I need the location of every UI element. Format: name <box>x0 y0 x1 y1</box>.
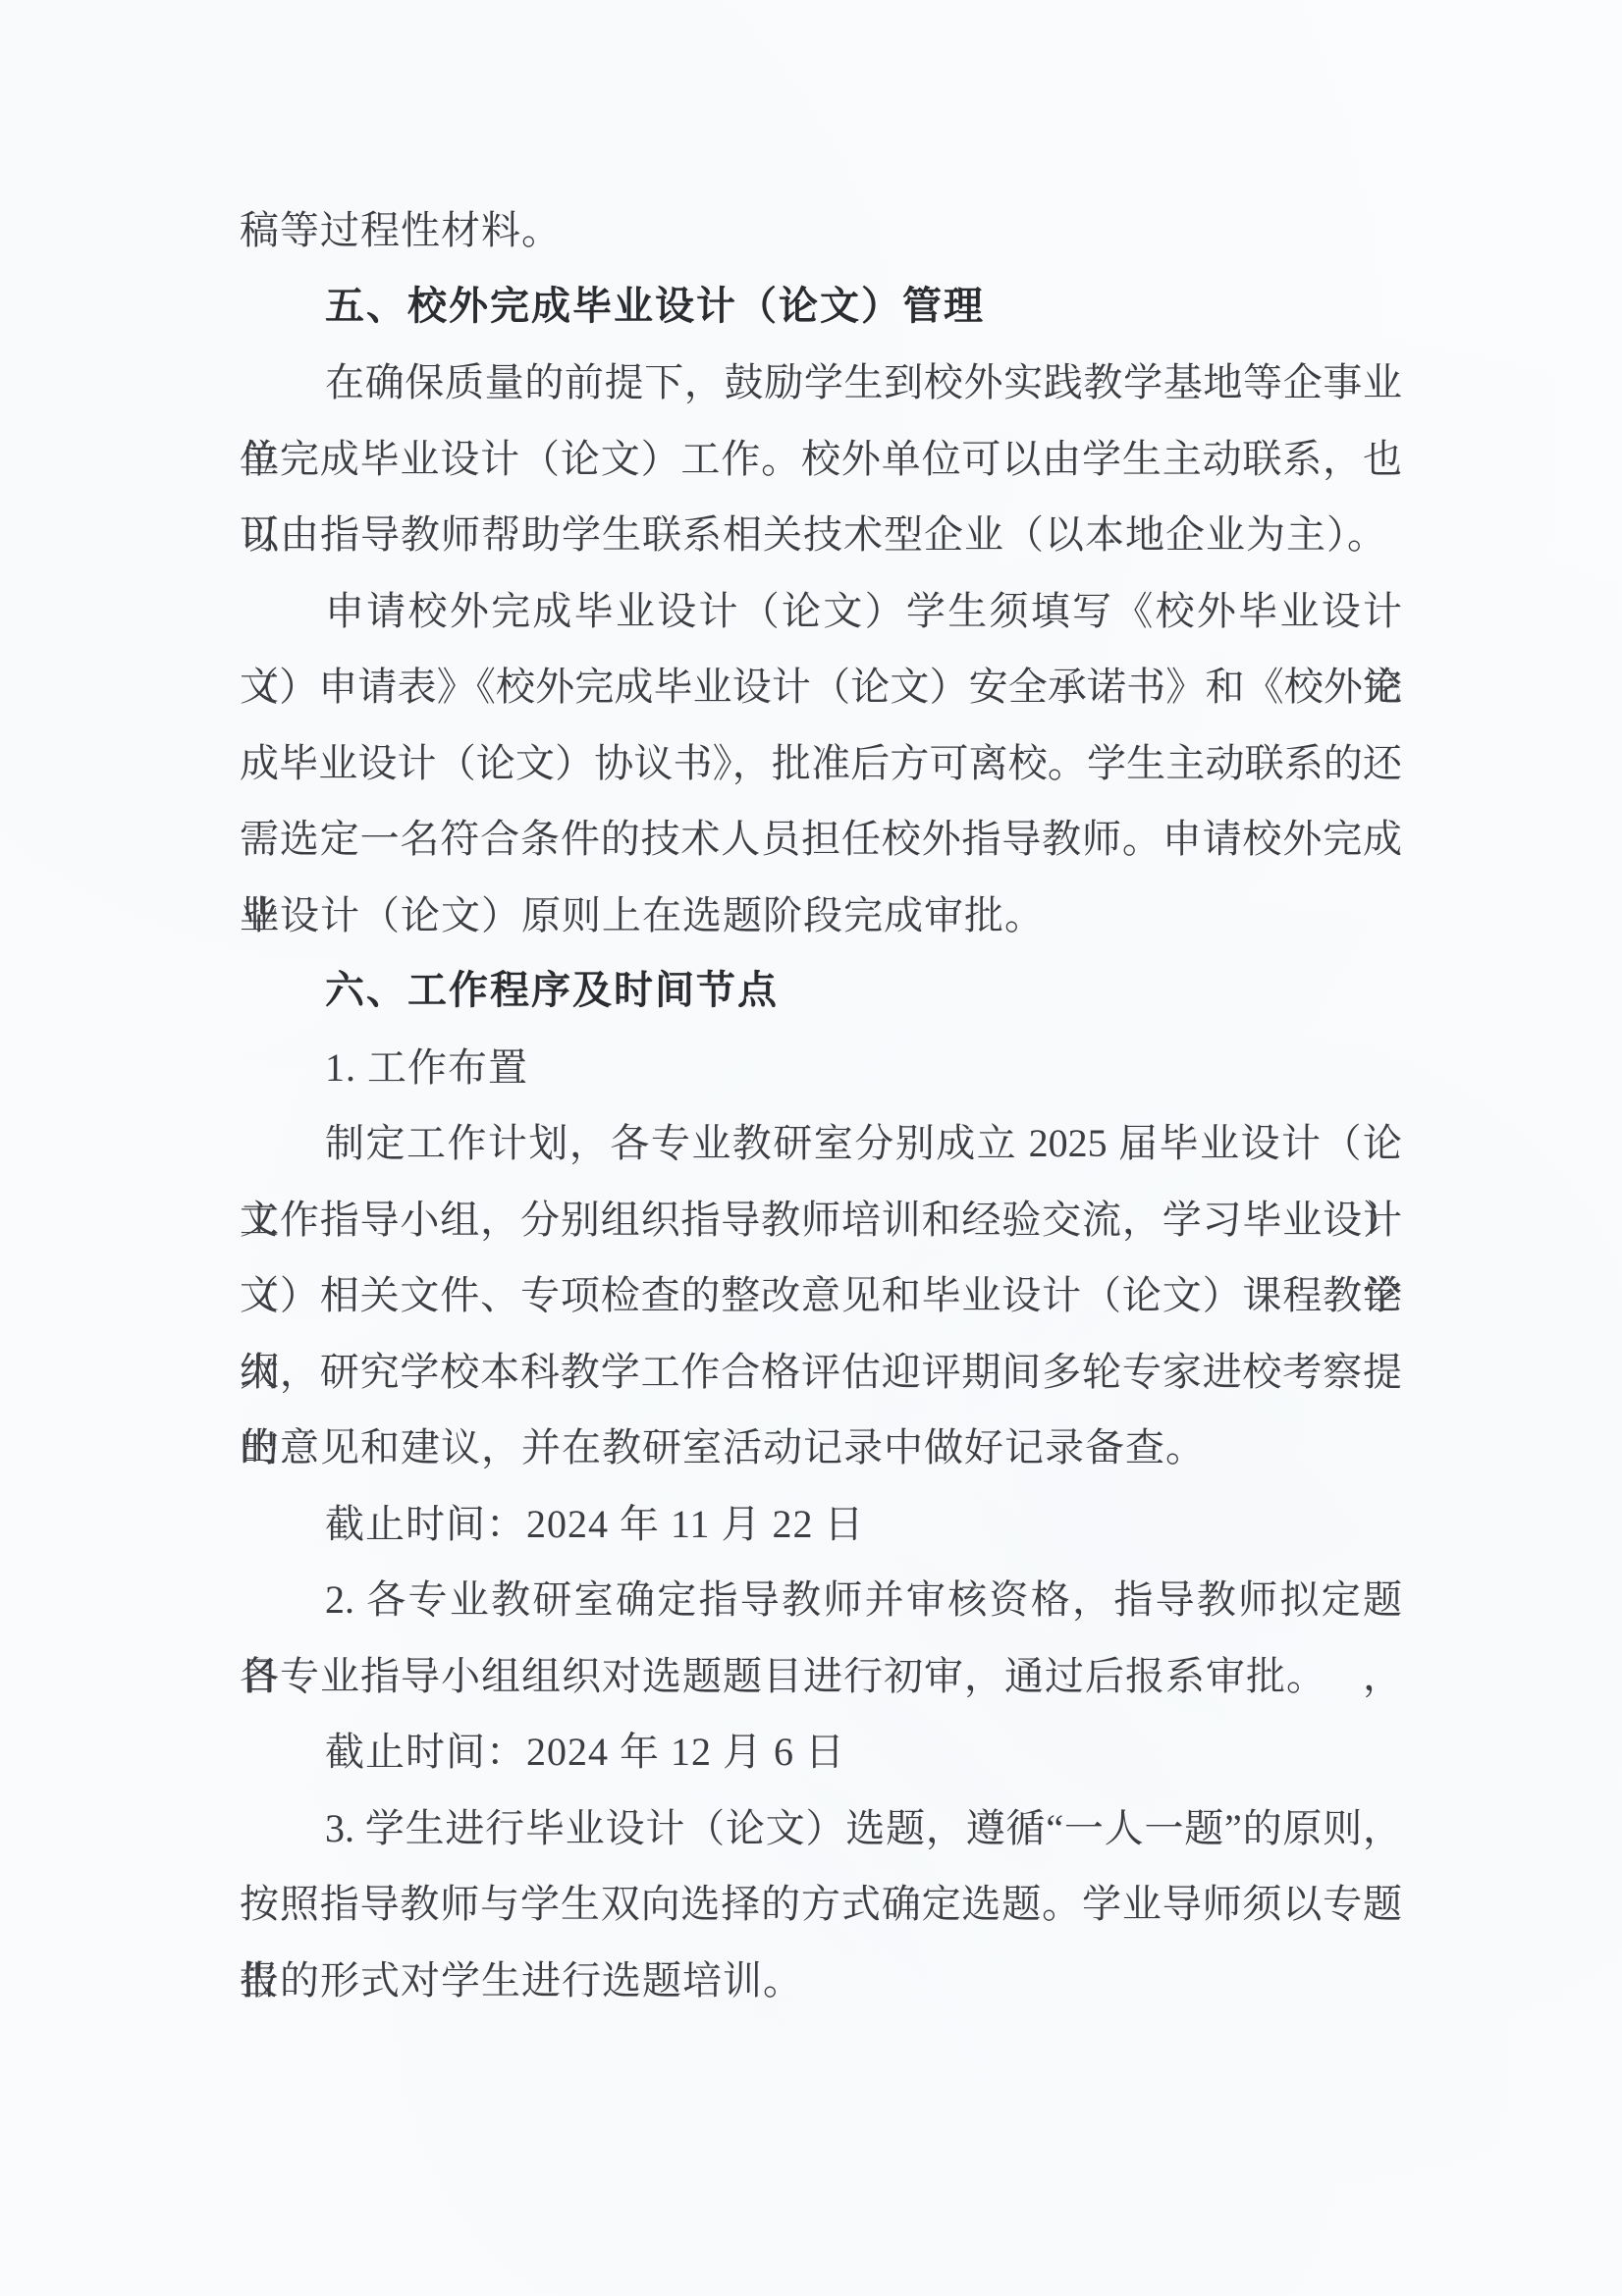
section-heading: 五、校外完成毕业设计（论文）管理 <box>240 269 1402 346</box>
text-line: 需选定一名符合条件的技术人员担任校外指导教师。申请校外完成毕 <box>240 801 1402 878</box>
text-line: 3. 学生进行毕业设计（论文）选题，遵循“一人一题”的原则， <box>240 1790 1402 1867</box>
section-heading: 六、工作程序及时间节点 <box>240 953 1402 1030</box>
text-line: 以由指导教师帮助学生联系相关技术型企业（以本地企业为主）。 <box>240 497 1402 573</box>
text-line: 截止时间：2024 年 11 月 22 日 <box>240 1486 1402 1563</box>
text-line: 成毕业设计（论文）协议书》，批准后方可离校。学生主动联系的还 <box>240 725 1402 802</box>
text-line: 各专业指导小组组织对选题题目进行初审，通过后报系审批。 <box>240 1638 1402 1715</box>
document-body: 稿等过程性材料。五、校外完成毕业设计（论文）管理在确保质量的前提下，鼓励学生到校… <box>240 192 1402 2018</box>
text-line: 按照指导教师与学生双向选择的方式确定选题。学业导师须以专题报 <box>240 1866 1402 1943</box>
document-page: 稿等过程性材料。五、校外完成毕业设计（论文）管理在确保质量的前提下，鼓励学生到校… <box>0 0 1622 2296</box>
text-line: 文）申请表》《校外完成毕业设计（论文）安全承诺书》和《校外完 <box>240 649 1402 725</box>
text-line: 截止时间：2024 年 12 月 6 日 <box>240 1714 1402 1790</box>
text-line: 的意见和建议，并在教研室活动记录中做好记录备查。 <box>240 1410 1402 1486</box>
text-line: 工作指导小组，分别组织指导教师培训和经验交流，学习毕业设计（论 <box>240 1182 1402 1258</box>
text-line: 纲，研究学校本科教学工作合格评估迎评期间多轮专家进校考察提出 <box>240 1334 1402 1411</box>
text-line: 稿等过程性材料。 <box>240 192 1402 269</box>
text-line: 位完成毕业设计（论文）工作。校外单位可以由学生主动联系，也可 <box>240 421 1402 498</box>
text-line: 1. 工作布置 <box>240 1030 1402 1106</box>
text-line: 申请校外完成毕业设计（论文）学生须填写《校外毕业设计（论 <box>240 573 1402 650</box>
text-line: 制定工作计划，各专业教研室分别成立 2025 届毕业设计（论文） <box>240 1105 1402 1182</box>
text-line: 业设计（论文）原则上在选题阶段完成审批。 <box>240 878 1402 954</box>
text-line: 在确保质量的前提下，鼓励学生到校外实践教学基地等企事业单 <box>240 345 1402 421</box>
text-line: 告的形式对学生进行选题培训。 <box>240 1943 1402 2019</box>
text-line: 2. 各专业教研室确定指导教师并审核资格，指导教师拟定题目， <box>240 1562 1402 1638</box>
text-line: 文）相关文件、专项检查的整改意见和毕业设计（论文）课程教学大 <box>240 1257 1402 1334</box>
